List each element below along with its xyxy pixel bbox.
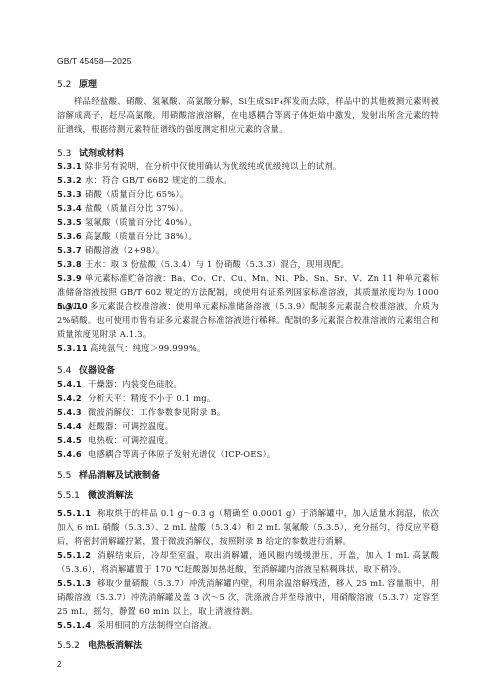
- clause-5-4-2: 5.4.2分析天平：精度不小于 0.1 mg。: [57, 391, 439, 405]
- clause-5-5-1-1: 5.5.1.1称取烘干的样品 0.1 g～0.3 g（精确至 0.0001 g）…: [57, 506, 439, 548]
- clause-5-3-3: 5.3.3硝酸（质量百分比 65%）。: [57, 187, 439, 201]
- standard-number: GB/T 45458—2025: [57, 56, 132, 66]
- clause-5-4-5: 5.4.5电热板：可调控温度。: [57, 433, 439, 447]
- clause-5-4-3: 5.4.3微波消解仪：工作参数参见附录 B。: [57, 405, 439, 419]
- section-heading-5-5-2: 5.5.2电热板消解法: [57, 638, 142, 651]
- page-number: 2: [57, 660, 61, 669]
- clause-5-5-1-4: 5.5.1.4采用相同的方法制得空白溶液。: [57, 618, 439, 632]
- clause-5-5-1-3: 5.5.1.3移取少量硝酸（5.3.7）冲洗消解罐内壁，利用余温溶解残渣，移入 …: [57, 576, 439, 618]
- clause-5-3-10: 5.3.10多元素混合校准溶液：使用单元素标准储备溶液（5.3.9）配制多元素混…: [57, 299, 439, 341]
- clause-5-4-4: 5.4.4赶酸器：可调控温度。: [57, 419, 439, 433]
- section-5-2-paragraph: 样品经盐酸、硝酸、氢氟酸、高氯酸分解，Si生成SiF₄挥发而去除，样品中的其他被…: [57, 94, 439, 136]
- clause-5-3-2: 5.3.2水：符合 GB/T 6682 规定的二级水。: [57, 173, 439, 187]
- clause-5-3-8: 5.3.8王水：取 3 份盐酸（5.3.4）与 1 份硝酸（5.3.3）混合，现…: [57, 257, 439, 271]
- section-heading-5-3: 5.3试剂或材料: [57, 146, 124, 159]
- clause-5-3-11: 5.3.11高纯氩气：纯度＞99.999%。: [57, 341, 439, 355]
- section-heading-5-2: 5.2原理: [57, 77, 97, 90]
- clause-5-3-1: 5.3.1除非另有说明，在分析中仅使用确认为优级纯或优级纯以上的试剂。: [57, 159, 439, 173]
- section-heading-5-5-1: 5.5.1微波消解法: [57, 488, 133, 501]
- section-heading-5-4: 5.4仪器设备: [57, 363, 115, 376]
- clause-5-5-1-2: 5.5.1.2消解结束后，冷却至室温，取出消解罐，通风橱内缓缓泄压，开盖，加入 …: [57, 548, 439, 576]
- section-heading-5-5: 5.5样品消解及试液制备: [57, 468, 160, 481]
- clause-5-3-5: 5.3.5氢氟酸（质量百分比 40%）。: [57, 215, 439, 229]
- clause-5-3-4: 5.3.4盐酸（质量百分比 37%）。: [57, 201, 439, 215]
- clause-5-4-6: 5.4.6电感耦合等离子体原子发射光谱仪（ICP-OES）。: [57, 447, 439, 461]
- clause-5-4-1: 5.4.1干燥器：内装变色硅胶。: [57, 377, 439, 391]
- clause-5-3-6: 5.3.6高氯酸（质量百分比 38%）。: [57, 229, 439, 243]
- clause-5-3-7: 5.3.7硝酸溶液（2+98）。: [57, 243, 439, 257]
